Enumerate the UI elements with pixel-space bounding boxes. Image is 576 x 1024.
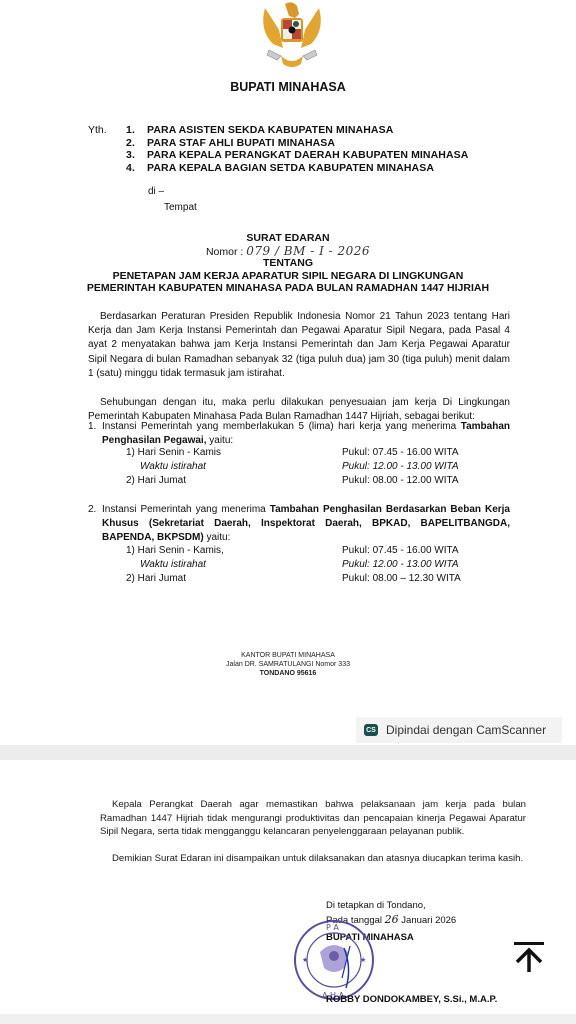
schedule-row: 1) Hari Senin - KamisPukul: 07.45 - 16.0…: [126, 446, 526, 460]
schedule-row: 1) Hari Senin - Kamis,Pukul: 07.45 - 16.…: [126, 544, 526, 558]
garuda-emblem-icon: [255, 0, 329, 72]
schedule-table-1: 1) Hari Senin - KamisPukul: 07.45 - 16.0…: [126, 446, 526, 489]
svg-text:★: ★: [302, 956, 308, 964]
paragraph-4: Demikian Surat Edaran ini disampaikan un…: [100, 852, 526, 866]
addressee-label: Yth.: [88, 124, 107, 136]
addressee-item: 4.PARA KEPALA BAGIAN SETDA KABUPATEN MIN…: [126, 162, 468, 175]
page-separator: [0, 745, 576, 760]
document-number: Nomor : 079 / BM - I - 2026: [0, 245, 576, 258]
tentang-label: TENTANG: [0, 257, 576, 270]
paragraph-1: Berdasarkan Peraturan Presiden Republik …: [88, 310, 510, 381]
addressee-item: 3.PARA KEPALA PERANGKAT DAERAH KABUPATEN…: [126, 149, 468, 162]
official-stamp-icon: ★ ★ P A A H A: [292, 918, 376, 1002]
letterhead-title: BUPATI MINAHASA: [0, 80, 576, 94]
addressee-di: di –: [148, 186, 164, 197]
addressee-item: 2.PARA STAF AHLI BUPATI MINAHASA: [126, 137, 468, 150]
camscanner-icon: CS: [364, 724, 378, 736]
handwritten-number: 079 / BM - I - 2026: [246, 244, 370, 258]
camscanner-badge[interactable]: CS Dipindai dengan CamScanner: [356, 717, 562, 743]
addressee-item: 1.PARA ASISTEN SEKDA KABUPATEN MINAHASA: [126, 124, 468, 137]
svg-text:★: ★: [360, 956, 366, 964]
addressee-tempat: Tempat: [164, 202, 197, 213]
bottom-edge: [0, 1014, 576, 1024]
list-item-2: 2. Instansi Pemerintah yang menerima Tam…: [88, 503, 510, 546]
scroll-to-top-icon[interactable]: [510, 940, 548, 974]
signatory-name: ROBBY DONDOKAMBEY, S.Si., M.A.P.: [326, 994, 497, 1005]
paragraph-3: Kepala Perangkat Daerah agar memastikan …: [100, 798, 526, 839]
schedule-row: 2) Hari JumatPukul: 08.00 - 12.00 WITA: [126, 474, 526, 488]
handwritten-day: 26: [385, 913, 399, 926]
subject-line-2: PEMERINTAH KABUPATEN MINAHASA PADA BULAN…: [0, 282, 576, 295]
schedule-row: Waktu istirahatPukul: 12.00 - 13.00 WITA: [126, 558, 526, 572]
schedule-row: Waktu istirahatPukul: 12.00 - 13.00 WITA: [126, 460, 526, 474]
office-address: KANTOR BUPATI MINAHASA Jalan DR. SAMRATU…: [0, 651, 576, 678]
signature-place: Di tetapkan di Tondano,: [326, 900, 426, 911]
document-page-1: BUPATI MINAHASA Yth. 1.PARA ASISTEN SEKD…: [0, 0, 576, 745]
addressee-list: 1.PARA ASISTEN SEKDA KABUPATEN MINAHASA …: [126, 124, 468, 174]
schedule-row: 2) Hari JumatPukul: 08.00 – 12.30 WITA: [126, 572, 526, 586]
camscanner-text: Dipindai dengan CamScanner: [386, 723, 546, 737]
list-item-1: 1. Instansi Pemerintah yang memberlakuka…: [88, 420, 510, 448]
schedule-table-2: 1) Hari Senin - Kamis,Pukul: 07.45 - 16.…: [126, 544, 526, 587]
svg-text:P A: P A: [326, 923, 339, 932]
subject-line-1: PENETAPAN JAM KERJA APARATUR SIPIL NEGAR…: [0, 270, 576, 283]
circular-title-block: SURAT EDARAN Nomor : 079 / BM - I - 2026…: [0, 232, 576, 295]
